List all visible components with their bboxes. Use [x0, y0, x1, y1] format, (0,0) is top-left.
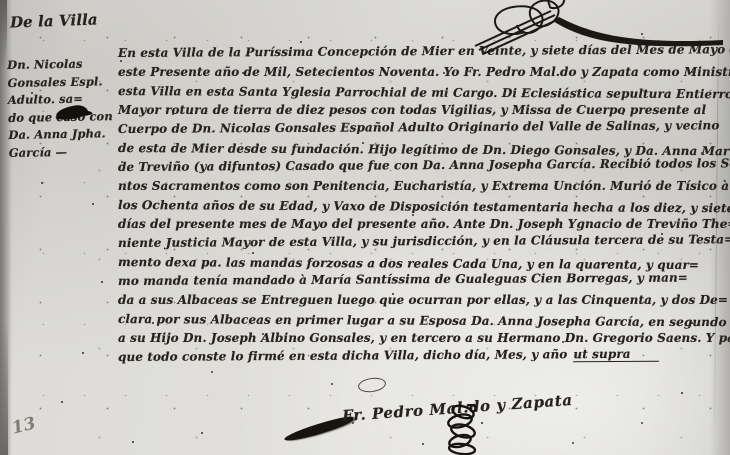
body-line: Cuerpo de Dn. Nicolas Gonsales Español A… — [118, 116, 720, 139]
body-line: niente Justicia Mayor de esta Villa, y s… — [118, 230, 720, 253]
small-oval-flourish — [357, 376, 387, 394]
margin-note-line: Dn. Nicolas — [7, 55, 115, 74]
body-line: esta Villa en esta Santa Yglesia Parroch… — [118, 82, 720, 104]
manuscript-page: De la Villa Dn. Nicolas Gonsales Espl. A… — [0, 0, 730, 455]
margin-note-line: Gonsales Espl. — [7, 73, 115, 92]
margin-note-line: Adulto. sa= — [8, 90, 116, 109]
body-line: clara por sus Albaceas en primer lugar a… — [118, 310, 720, 332]
body-line: los Ochenta años de su Edad, y Vaxo de D… — [118, 196, 720, 218]
binding-shadow-bottom — [0, 320, 8, 455]
ut-supra-underlined: ut supra — [573, 347, 658, 363]
body-line: ntos Sacramentos como son Penitencia, Eu… — [118, 177, 720, 196]
body-line: de Treviño (ya difuntos) Casado que fue … — [118, 154, 720, 177]
body-line: En esta Villa de la Puríssima Concepción… — [118, 40, 720, 63]
closing-text: que todo conste lo firmé en esta dicha V… — [118, 347, 567, 364]
margin-note-line: García — — [9, 143, 117, 162]
body-line-closing: que todo conste lo firmé en esta dicha V… — [118, 344, 720, 367]
body-line: mo manda tenía mandado à María Santíssim… — [118, 268, 720, 291]
margin-heading: De la Villa — [10, 10, 98, 31]
body-line: este Presente año de Mil, Setecientos No… — [118, 63, 720, 82]
burial-record-text: En esta Villa de la Puríssima Concepción… — [118, 44, 720, 367]
binding-shadow-top — [0, 0, 7, 70]
margin-note-line: Da. Anna Jpha. — [8, 125, 116, 144]
body-line: da a sus Albaceas se Entreguen luego que… — [118, 291, 720, 310]
priest-signature: Fr. Pedro Mal.do y Zapata — [342, 391, 574, 425]
page-number: 13 — [10, 413, 38, 438]
